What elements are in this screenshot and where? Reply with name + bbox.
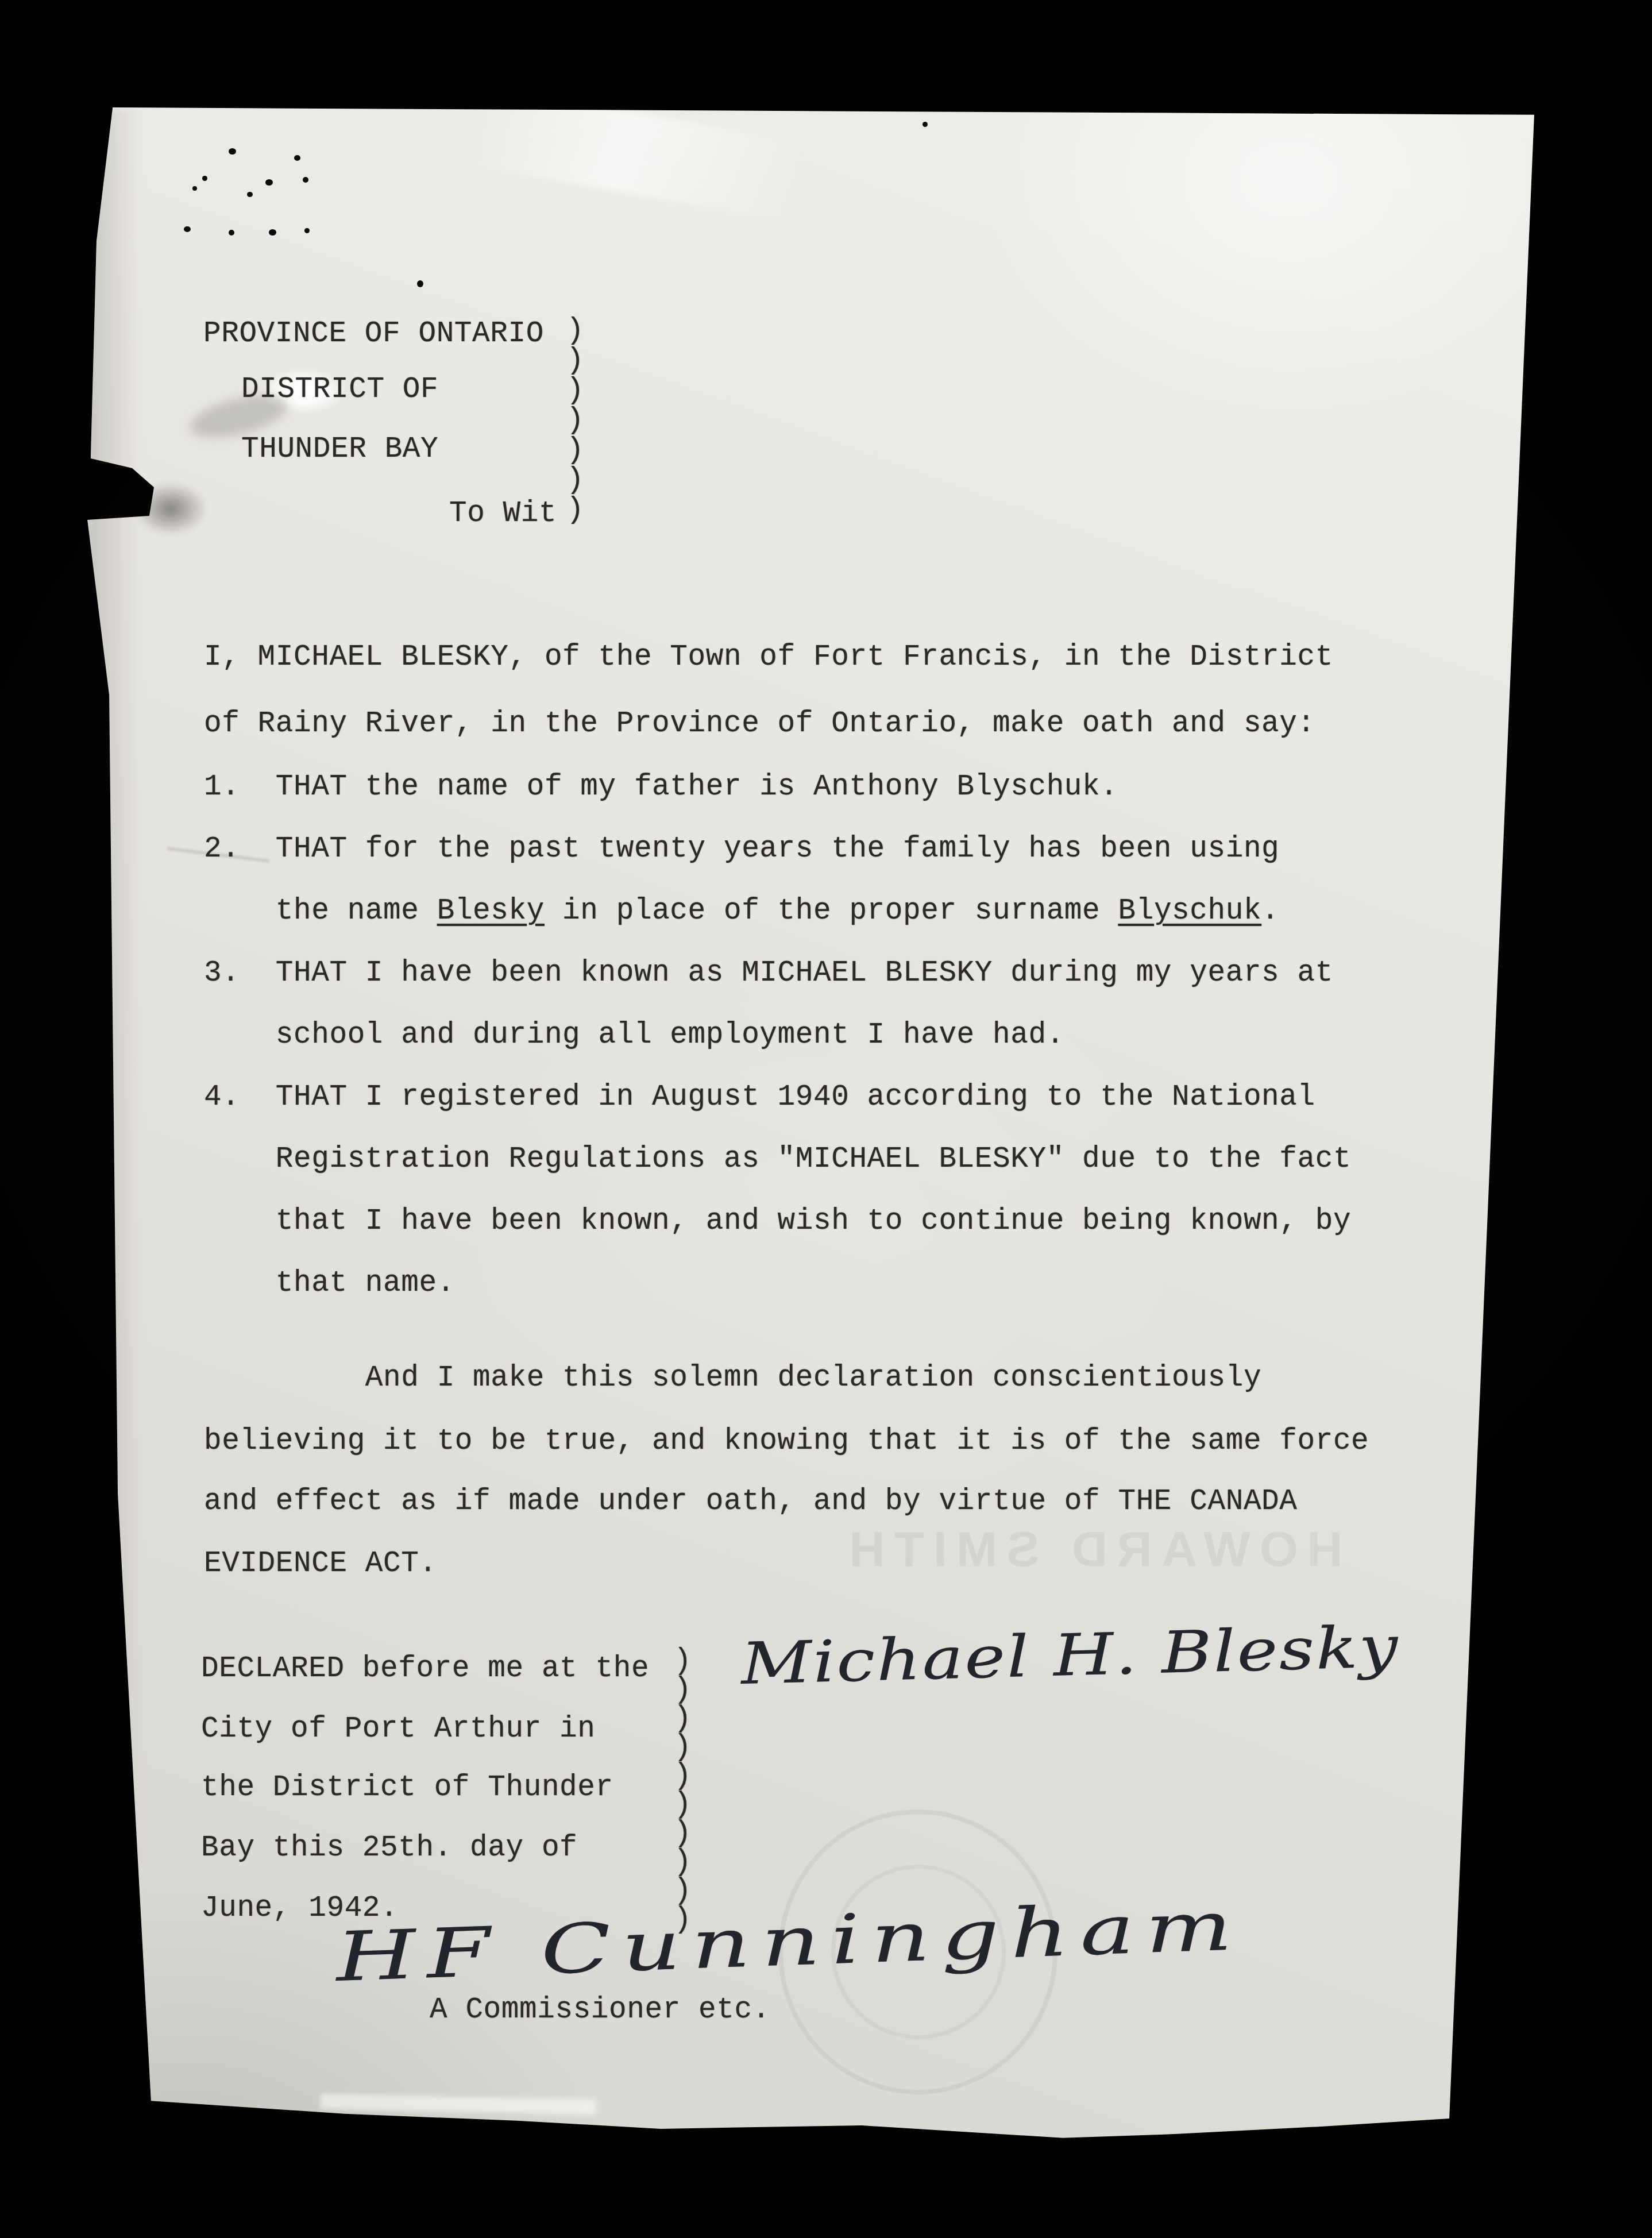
jurat-line-2: City of Port Arthur in [201,1712,596,1747]
pin-hole [303,177,308,183]
pin-hole [229,148,236,155]
venue-province-line: PROVINCE OF ONTARIO [203,317,544,352]
pin-hole [247,192,253,197]
jurat-line-4: Bay this 25th. day of [201,1831,577,1866]
photo-stage: HOWARD SMITH PROVINCE OF ONTARIO DISTRIC… [0,0,1652,2238]
venue-thunder-bay-line: THUNDER BAY [241,432,438,468]
oath-item-1: 1. THAT the name of my father is Anthony… [204,770,1118,805]
jurat-line-1: DECLARED before me at the [201,1652,649,1687]
left-edge-shading [86,109,141,2102]
torn-edge-fringe [321,2094,596,2114]
declaration-line-4: EVIDENCE ACT. [204,1546,437,1582]
jurat-line-3: the District of Thunder [201,1770,613,1806]
oath-item-4-line-3: that I have been known, and wish to cont… [204,1204,1351,1240]
declaration-line-1: And I make this solemn declaration consc… [204,1361,1261,1396]
item2-period: . [1261,895,1279,928]
oath-item-4-line-1: 4. THAT I registered in August 1940 acco… [204,1080,1315,1116]
surname-blesky-underlined: Blesky [437,895,545,928]
document-paper: HOWARD SMITH PROVINCE OF ONTARIO DISTRIC… [0,0,1652,2238]
commissioner-title-line: A Commissioner etc. [430,1993,770,2028]
oath-item-4-line-2: Registration Regulations as "MICHAEL BLE… [204,1142,1351,1178]
commissioner-signature: HF Cunningham [335,1886,1244,1997]
oath-item-2-line-1: 2. THAT for the past twenty years the fa… [204,832,1279,867]
venue-district-line: DISTRICT OF [241,372,438,408]
pin-hole [202,176,207,181]
pin-hole [265,179,273,186]
oath-intro-line-1: I, MICHAEL BLESKY, of the Town of Fort F… [204,640,1333,676]
ink-speck [923,122,928,127]
pin-hole [229,230,234,236]
ink-speck [417,280,423,287]
crumple-highlight [477,87,799,221]
oath-item-3-line-2: school and during all employment I have … [204,1018,1064,1054]
oath-item-3-line-1: 3. THAT I have been known as MICHAEL BLE… [204,956,1333,991]
declaration-line-2: believing it to be true, and knowing tha… [204,1424,1369,1460]
oath-item-4-line-4: that name. [204,1266,455,1302]
paper-watermark: HOWARD SMITH [827,1521,1356,1578]
pin-hole [184,226,191,232]
venue-to-wit-line: To Wit [449,496,557,532]
declarant-signature: Michael H. Blesky [740,1613,1400,1697]
venue-bracket-column: ) ) ) ) ) ) ) [566,317,584,526]
item2-pre-text: the name [204,895,437,928]
pin-hole [304,228,310,233]
declaration-line-3: and effect as if made under oath, and by… [204,1484,1298,1520]
pin-hole [192,186,197,191]
pin-hole [294,155,300,161]
item2-mid-text: in place of the proper surname [545,895,1118,928]
pin-hole [269,229,276,236]
oath-item-2-line-2: the name Blesky in place of the proper s… [204,894,1279,929]
surname-blyschuk-underlined: Blyschuk [1118,895,1261,928]
jurat-bracket-column: ) ) ) ) ) ) ) ) ) ) [674,1647,692,1935]
torn-hole-shadow [133,481,208,536]
oath-intro-line-2: of Rainy River, in the Province of Ontar… [204,707,1315,742]
